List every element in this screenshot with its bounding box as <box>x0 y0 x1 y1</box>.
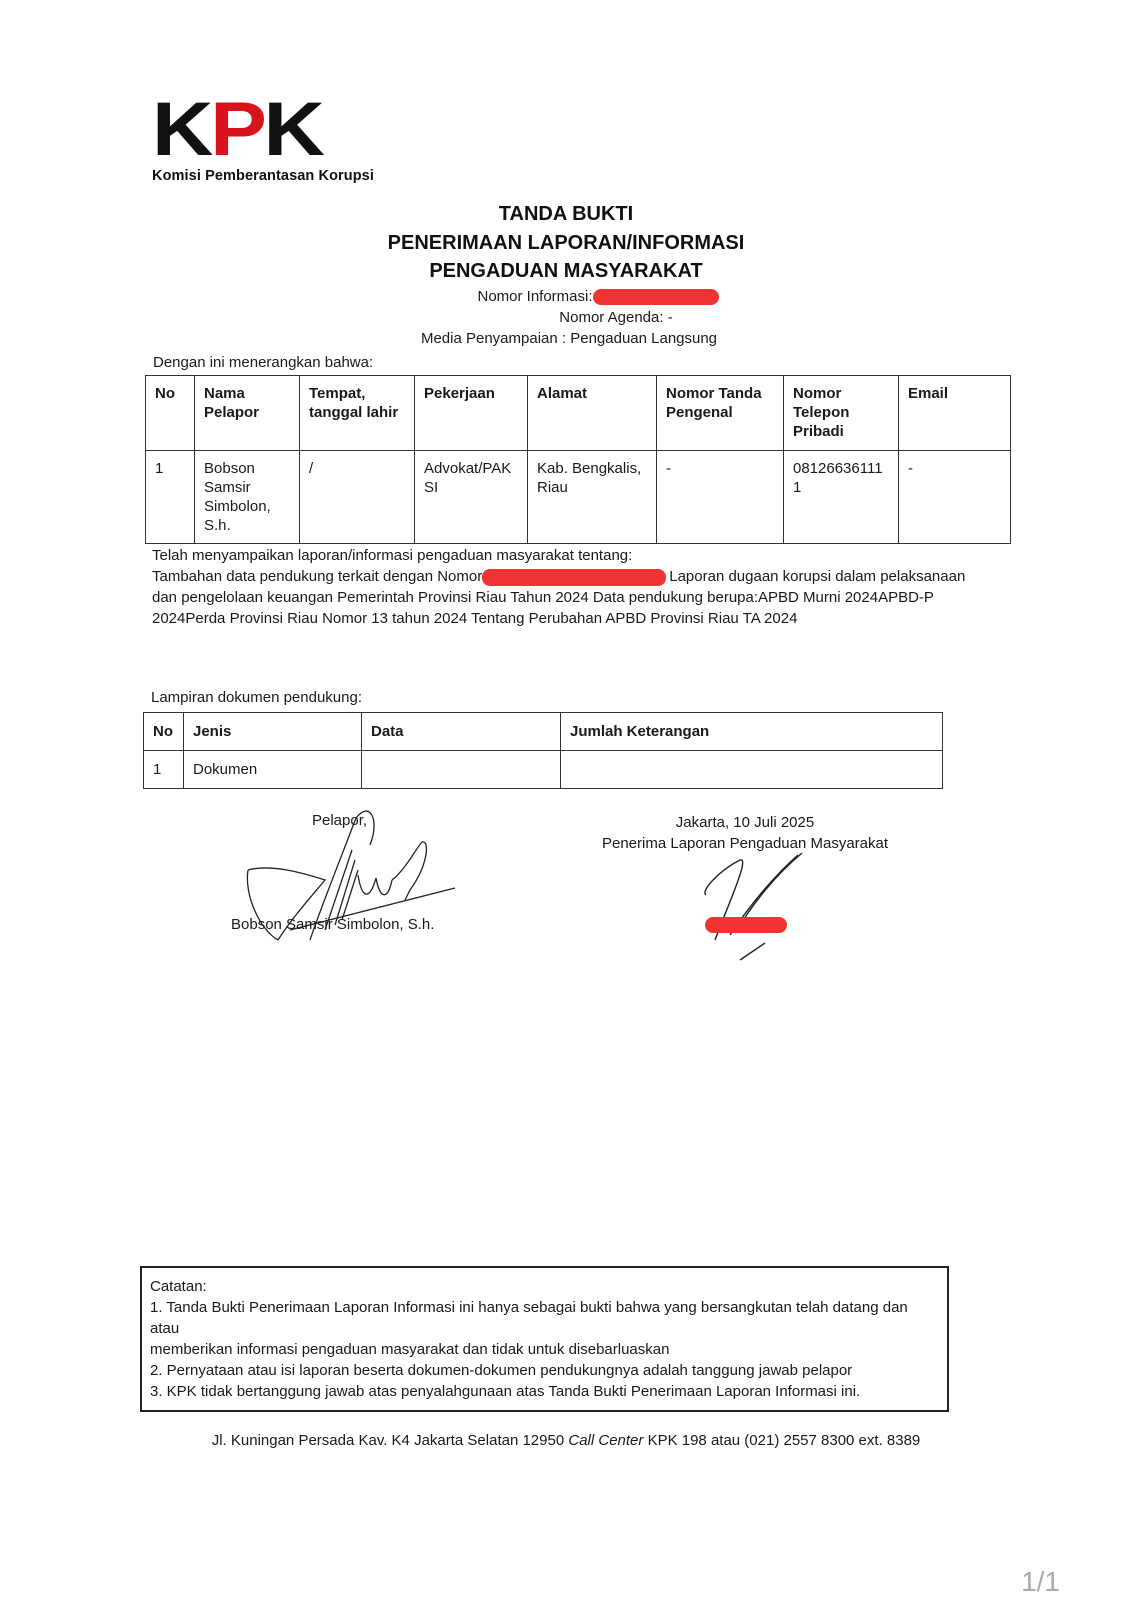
cell-pekerjaan: Advokat/PAKSI <box>415 451 528 544</box>
cell-nama: Bobson Samsir Simbolon, S.h. <box>195 451 300 544</box>
header-no: No <box>144 713 184 751</box>
intro-text: Dengan ini menerangkan bahwa: <box>153 354 373 371</box>
header-no: No <box>146 376 195 451</box>
header-alamat: Alamat <box>528 376 657 451</box>
page-indicator: 1/1 <box>1021 1566 1060 1598</box>
nomor-informasi: Nomor Informasi: <box>64 286 1132 307</box>
cell-ttl: / <box>300 451 415 544</box>
redaction-mark <box>705 917 787 933</box>
cell-data <box>362 751 561 789</box>
table-row: 1 Dokumen <box>144 751 943 789</box>
header-jumlah-keterangan: Jumlah Keterangan <box>561 713 943 751</box>
report-lead: Telah menyampaikan laporan/informasi pen… <box>152 545 972 566</box>
cell-jenis: Dokumen <box>184 751 362 789</box>
reporter-label: Pelapor, <box>312 812 367 829</box>
cell-alamat: Kab. Bengkalis, Riau <box>528 451 657 544</box>
footer-address: Jl. Kuningan Persada Kav. K4 Jakarta Sel… <box>212 1432 564 1449</box>
media-penyampaian: Media Penyampaian : Pengaduan Langsung <box>6 328 1132 349</box>
header-jenis: Jenis <box>184 713 362 751</box>
reporter-name: Bobson Samsir Simbolon, S.h. <box>231 916 434 933</box>
nomor-informasi-label: Nomor Informasi: <box>477 288 592 305</box>
note-item: 2. Pernyataan atau isi laporan beserta d… <box>150 1360 940 1381</box>
cell-nomor-telepon: 081266361111 <box>784 451 899 544</box>
header-data: Data <box>362 713 561 751</box>
notes-title: Catatan: <box>150 1276 940 1297</box>
header-nama: Nama Pelapor <box>195 376 300 451</box>
document-title-block: TANDA BUKTI PENERIMAAN LAPORAN/INFORMASI… <box>0 200 1132 349</box>
cell-email: - <box>899 451 1011 544</box>
redaction-mark <box>593 289 719 305</box>
report-prefix: Tambahan data pendukung terkait dengan N… <box>152 568 482 585</box>
report-description: Telah menyampaikan laporan/informasi pen… <box>152 545 972 629</box>
kpk-logo-mark: KPK <box>152 96 401 164</box>
notes-box: Catatan: 1. Tanda Bukti Penerimaan Lapor… <box>140 1266 949 1412</box>
report-body: Tambahan data pendukung terkait dengan N… <box>152 566 972 629</box>
logo-letter-p: P <box>210 87 263 172</box>
cell-no: 1 <box>144 751 184 789</box>
title-line-1: TANDA BUKTI <box>0 200 1132 229</box>
cell-jumlah-keterangan <box>561 751 943 789</box>
header-nomor-telepon: Nomor Telepon Pribadi <box>784 376 899 451</box>
place-date: Jakarta, 10 Juli 2025 <box>580 812 910 833</box>
footer-contact: Jl. Kuningan Persada Kav. K4 Jakarta Sel… <box>0 1432 1132 1449</box>
redaction-mark <box>482 569 666 586</box>
note-item: memberikan informasi pengaduan masyaraka… <box>150 1339 940 1360</box>
receiver-signature <box>690 845 820 975</box>
cell-no: 1 <box>146 451 195 544</box>
logo-letter-k2: K <box>264 87 322 172</box>
reporter-table: No Nama Pelapor Tempat, tanggal lahir Pe… <box>145 375 1011 544</box>
attachments-table: No Jenis Data Jumlah Keterangan 1 Dokume… <box>143 712 943 789</box>
kpk-logo: KPK Komisi Pemberantasan Korupsi <box>152 96 374 184</box>
table-row: 1 Bobson Samsir Simbolon, S.h. / Advokat… <box>146 451 1011 544</box>
attachments-label: Lampiran dokumen pendukung: <box>151 689 362 706</box>
cell-nomor-tanda-pengenal: - <box>657 451 784 544</box>
footer-call-center: Call Center <box>568 1432 643 1449</box>
title-line-3: PENGADUAN MASYARAKAT <box>0 257 1132 286</box>
logo-letter-k1: K <box>152 87 210 172</box>
nomor-agenda: Nomor Agenda: - <box>100 307 1132 328</box>
table-header-row: No Jenis Data Jumlah Keterangan <box>144 713 943 751</box>
header-nomor-tanda-pengenal: Nomor Tanda Pengenal <box>657 376 784 451</box>
header-ttl: Tempat, tanggal lahir <box>300 376 415 451</box>
header-email: Email <box>899 376 1011 451</box>
title-line-2: PENERIMAAN LAPORAN/INFORMASI <box>0 229 1132 258</box>
header-pekerjaan: Pekerjaan <box>415 376 528 451</box>
note-item: 1. Tanda Bukti Penerimaan Laporan Inform… <box>150 1297 940 1339</box>
note-item: 3. KPK tidak bertanggung jawab atas peny… <box>150 1381 940 1402</box>
table-header-row: No Nama Pelapor Tempat, tanggal lahir Pe… <box>146 376 1011 451</box>
footer-phone: KPK 198 atau (021) 2557 8300 ext. 8389 <box>648 1432 921 1449</box>
